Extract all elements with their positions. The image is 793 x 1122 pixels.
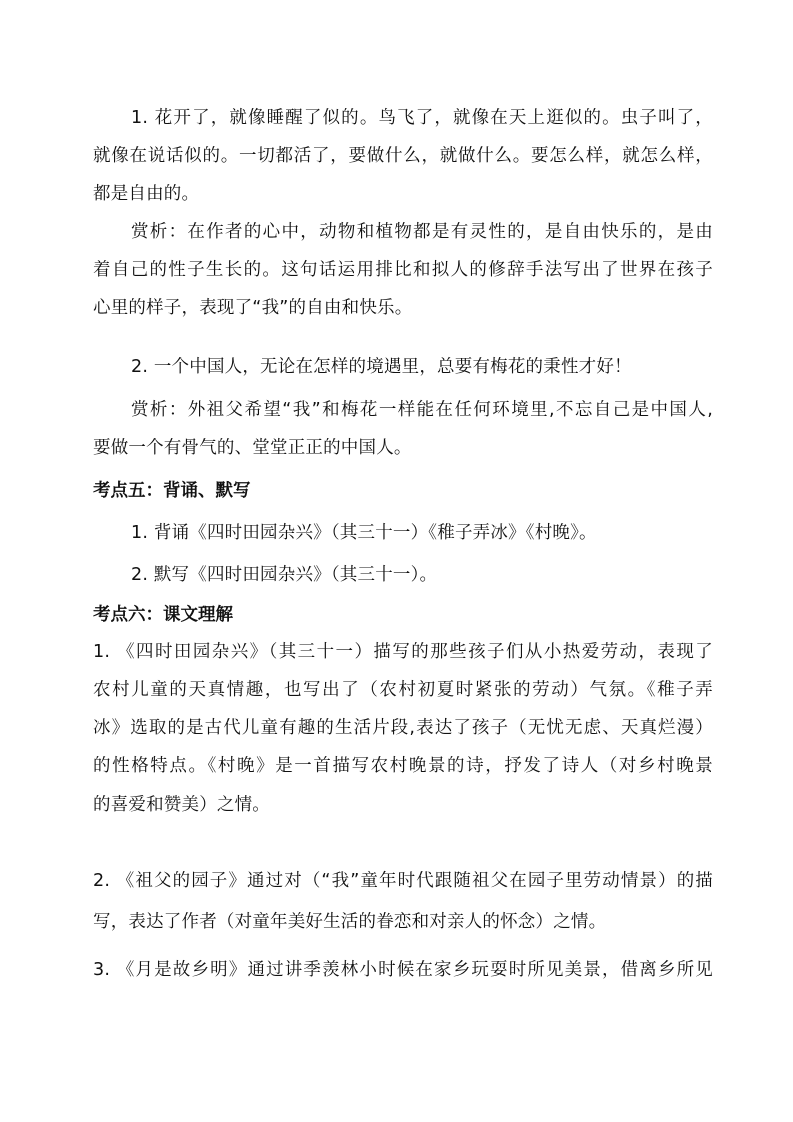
section6-item3-line-1: 3. 《月是故乡明》通过讲季羡林小时候在家乡玩耍时所见美景，借离乡所见 bbox=[93, 958, 713, 982]
analysis1-line-3: 心里的样子，表现了“我”的自由和快乐。 bbox=[93, 296, 412, 320]
analysis1-line-1: 赏析：在作者的心中，动物和植物都是有灵性的，是自由快乐的，是由 bbox=[131, 220, 713, 244]
section6-heading: 考点六：课文理解 bbox=[93, 603, 233, 627]
analysis2-line-1: 赏析：外祖父希望“我”和梅花一样能在任何环境里,不忘自己是中国人, bbox=[131, 398, 713, 422]
section6-item1-line-4: 的性格特点。《村晚》是一首描写农村晚景的诗，抒发了诗人（对乡村晚景 bbox=[93, 754, 713, 778]
section6-item2-line-1: 2. 《祖父的园子》通过对（“我”童年时代跟随祖父在园子里劳动情景）的描 bbox=[93, 869, 713, 893]
quote1-line-1: 1. 花开了，就像睡醒了似的。鸟飞了，就像在天上逛似的。虫子叫了， bbox=[131, 106, 713, 130]
section6-item1-line-5: 的喜爱和赞美）之情。 bbox=[93, 793, 270, 817]
section6-item1-line-2: 农村儿童的天真情趣，也写出了（农村初夏时紧张的劳动）气氛。《稚子弄 bbox=[93, 678, 713, 702]
quote1-line-2: 就像在说话似的。一切都活了，要做什么，就做什么。要怎么样，就怎么样， bbox=[93, 144, 713, 168]
analysis1-line-2: 着自己的性子生长的。这句话运用排比和拟人的修辞手法写出了世界在孩子 bbox=[93, 258, 713, 282]
document-page: 1. 花开了，就像睡醒了似的。鸟飞了，就像在天上逛似的。虫子叫了， 就像在说话似… bbox=[0, 0, 793, 1122]
section5-heading: 考点五：背诵、默写 bbox=[93, 479, 251, 503]
section5-item-1: 1. 背诵《四时田园杂兴》（其三十一）《稚子弄冰》《村晚》。 bbox=[131, 521, 597, 545]
section6-item2-line-2: 写，表达了作者（对童年美好生活的眷恋和对亲人的怀念）之情。 bbox=[93, 910, 606, 934]
analysis2-line-2: 要做一个有骨气的、堂堂正正的中国人。 bbox=[93, 436, 412, 460]
quote2-line-1: 2. 一个中国人，无论在怎样的境遇里，总要有梅花的秉性才好！ bbox=[131, 355, 632, 379]
section6-item1-line-3: 冰》选取的是古代儿童有趣的生活片段,表达了孩子（无忧无虑、天真烂漫） bbox=[93, 716, 713, 740]
section6-item1-line-1: 1. 《四时田园杂兴》（其三十一）描写的那些孩子们从小热爱劳动，表现了 bbox=[93, 640, 713, 664]
section5-item-2: 2. 默写《四时田园杂兴》（其三十一）。 bbox=[131, 563, 437, 587]
quote1-line-3: 都是自由的。 bbox=[93, 182, 199, 206]
